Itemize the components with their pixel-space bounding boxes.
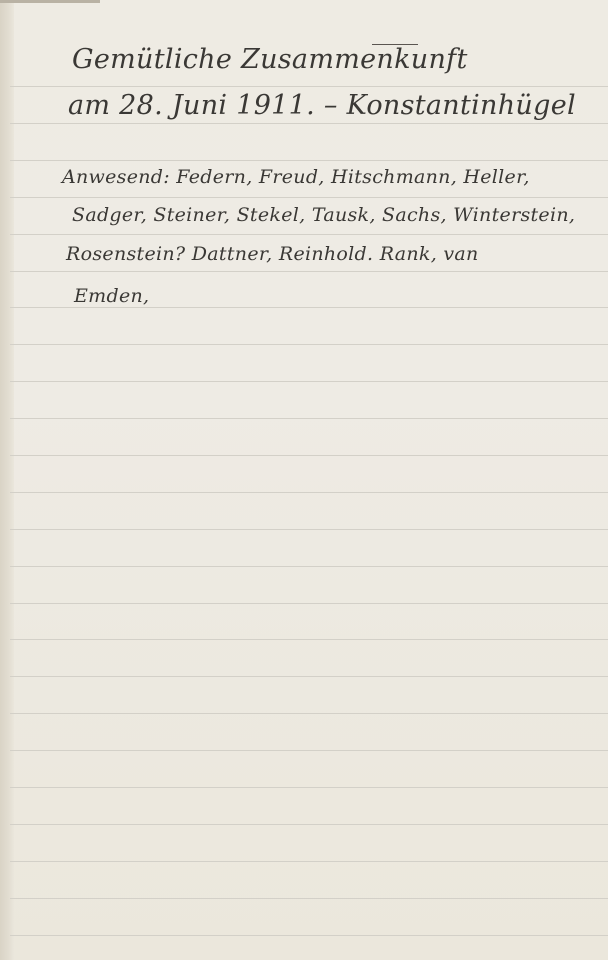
page-binding-edge (0, 0, 14, 960)
ruled-line (10, 529, 608, 530)
ruled-line (10, 197, 608, 198)
ruled-line (10, 603, 608, 604)
ruled-line (10, 639, 608, 640)
ruled-line (10, 271, 608, 272)
attendance-line-4: Emden, (74, 285, 149, 307)
ruled-line (10, 861, 608, 862)
ruled-line (10, 344, 608, 345)
ruled-line (10, 935, 608, 936)
ruled-line (10, 418, 608, 419)
ruled-line (10, 492, 608, 493)
ruled-line (10, 676, 608, 677)
ruled-line (10, 86, 608, 87)
attendance-line-3: Rosenstein? Dattner, Reinhold. Rank, van (66, 243, 479, 265)
ruled-line (10, 160, 608, 161)
ruled-line (10, 713, 608, 714)
ruled-line (10, 898, 608, 899)
title-line-2: am 28. Juni 1911. – Konstantinhügel (68, 90, 576, 121)
ruled-line (10, 234, 608, 235)
page-top-edge (0, 0, 100, 3)
attendance-line-1: Anwesend: Federn, Freud, Hitschmann, Hel… (62, 166, 530, 188)
notebook-page: Gemütliche Zusammenkunft am 28. Juni 191… (0, 0, 608, 960)
ruled-line (10, 381, 608, 382)
title-line-1: Gemütliche Zusammenkunft (72, 44, 468, 75)
ruled-line (10, 787, 608, 788)
ruled-line (10, 750, 608, 751)
ruled-line (10, 455, 608, 456)
ruled-line (10, 307, 608, 308)
ruled-line (10, 824, 608, 825)
ruled-line (10, 566, 608, 567)
attendance-line-2: Sadger, Steiner, Stekel, Tausk, Sachs, W… (72, 204, 575, 226)
ruled-line (10, 123, 608, 124)
